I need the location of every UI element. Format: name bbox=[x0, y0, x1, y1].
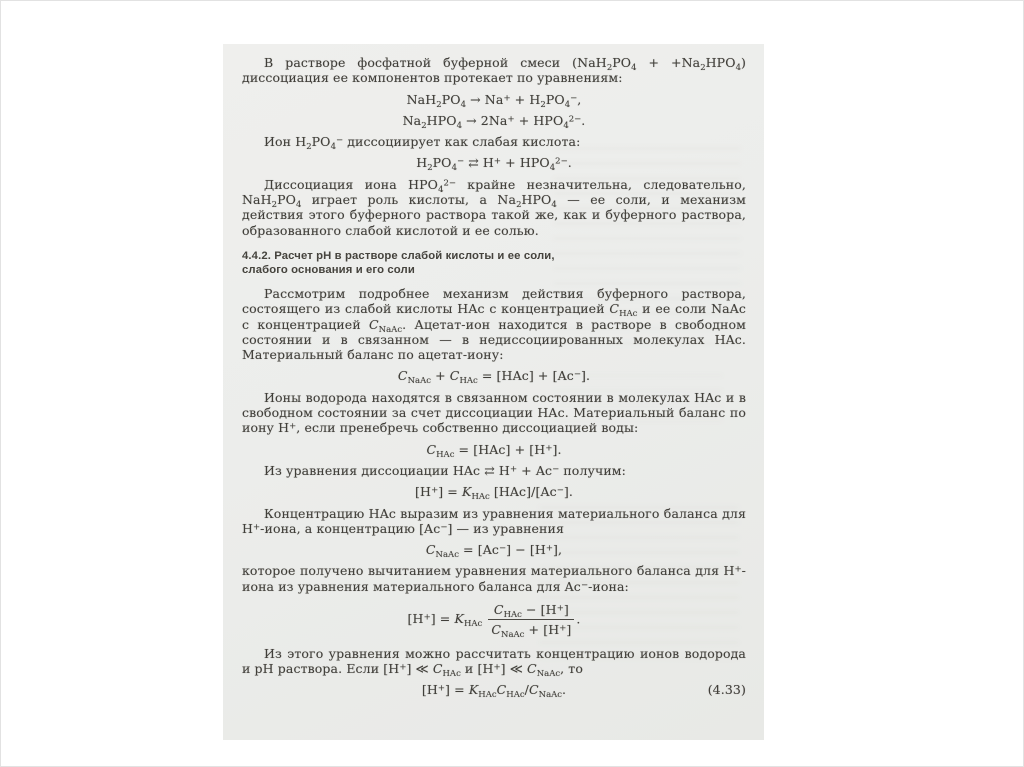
paragraph-buffer-mechanism: Рассмотрим подробнее механизм действия б… bbox=[242, 286, 746, 362]
slide-canvas: В растворе фосфатной буферной смеси (NaH… bbox=[0, 0, 1024, 767]
fraction-numerator: CHAc − [H+] bbox=[488, 602, 574, 619]
fraction-tail: . bbox=[576, 611, 580, 626]
paragraph-express-hac: Концентрацию HAc выразим из уравнения ма… bbox=[242, 506, 746, 537]
fraction-lhs: [H+] = KHAc bbox=[408, 611, 487, 626]
equation-h2po4-equilibrium: H2PO4− ⇄ H+ + HPO42−. bbox=[242, 155, 746, 170]
section-heading-line-1: 4.4.2. Расчет pH в растворе слабой кисло… bbox=[242, 249, 746, 263]
section-heading-line-2: слабого основания и его соли bbox=[242, 263, 746, 277]
equation-h-concentration: [H+] = KHAc [HAc]/[Ac−]. bbox=[242, 484, 746, 499]
paragraph-from-dissociation: Из уравнения диссоциации HAc ⇄ H+ + Ac− … bbox=[242, 463, 746, 478]
equation-nah2po4-dissociation: NaH2PO4 → Na+ + H2PO4−, bbox=[242, 92, 746, 107]
fraction: CHAc − [H+]CNaAc + [H+] bbox=[488, 602, 574, 638]
paragraph-conclusion: Из этого уравнения можно рассчитать конц… bbox=[242, 646, 746, 677]
paragraph-hpo4-dissociation: Диссоциация иона HPO42− крайне незначите… bbox=[242, 177, 746, 238]
paragraph-subtraction: которое получено вычитанием уравнения ма… bbox=[242, 563, 746, 594]
section-heading: 4.4.2. Расчет pH в растворе слабой кисло… bbox=[242, 249, 746, 277]
scanned-page: В растворе фосфатной буферной смеси (NaH… bbox=[223, 44, 764, 740]
paragraph-phosphate-buffer: В растворе фосфатной буферной смеси (NaH… bbox=[242, 55, 746, 86]
equation-final-body: [H+] = KHAcCHAc/CNaAc. bbox=[422, 682, 566, 697]
fraction-denominator: CNaAc + [H+] bbox=[488, 619, 574, 637]
paragraph-hydrogen-ions: Ионы водорода находятся в связанном сост… bbox=[242, 390, 746, 436]
equation-number: (4.33) bbox=[708, 682, 746, 697]
equation-na2hpo4-dissociation: Na2HPO4 → 2Na+ + HPO42−. bbox=[242, 113, 746, 128]
equation-hac-balance: CHAc = [HAc] + [H+]. bbox=[242, 442, 746, 457]
equation-acetate-balance: CNaAc + CHAc = [HAc] + [Ac−]. bbox=[242, 368, 746, 383]
equation-h-fraction: [H+] = KHAc CHAc − [H+]CNaAc + [H+]. bbox=[242, 602, 746, 638]
paragraph-h2po4-ion: Ион H2PO4− диссоциирует как слабая кисло… bbox=[242, 134, 746, 149]
equation-naac-balance: CNaAc = [Ac−] − [H+], bbox=[242, 542, 746, 557]
equation-final-4-33: [H+] = KHAcCHAc/CNaAc. (4.33) bbox=[242, 682, 746, 697]
